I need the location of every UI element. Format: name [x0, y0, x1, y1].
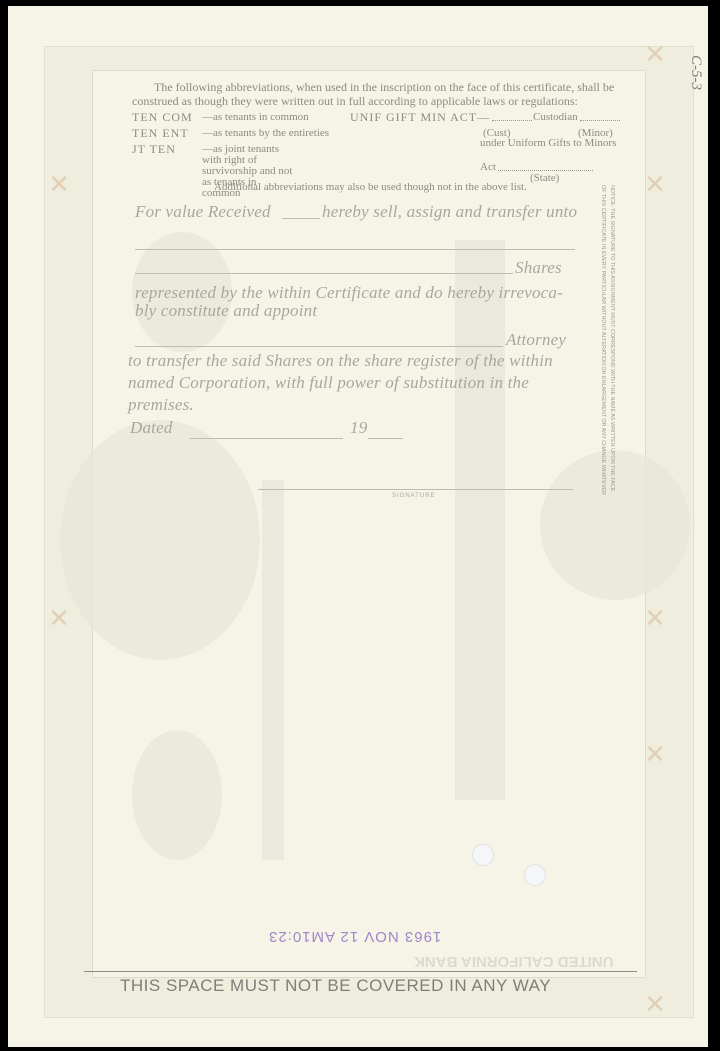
dated-label: Dated	[130, 418, 173, 438]
custodian-label: Custodian	[533, 112, 578, 123]
constitute-appoint: bly constitute and appoint	[135, 301, 317, 321]
for-value-received: For value Received	[135, 202, 271, 222]
bank-name-bleedthrough: UNITED CALIFORNIA BANK	[414, 953, 613, 970]
star-ornament-icon: ✕	[640, 170, 670, 200]
assignee-line	[135, 249, 575, 250]
transfer-shares: to transfer the said Shares on the share…	[128, 351, 553, 371]
abbr-desc-ten-ent: —as tenants by the entireties	[202, 128, 329, 139]
represented-by: represented by the within Certificate an…	[135, 283, 563, 303]
footer-warning: THIS SPACE MUST NOT BE COVERED IN ANY WA…	[120, 976, 551, 996]
shares-line	[135, 273, 513, 274]
attorney-label: Attorney	[506, 330, 566, 350]
date-line	[190, 438, 343, 439]
additional-abbreviations-note: Additional abbreviations may also be use…	[214, 182, 527, 193]
ghost-seal-left	[60, 420, 260, 660]
ghost-company-bar	[455, 240, 505, 800]
notice-line-2: OF THIS CERTIFICATE IN EVERY PARTICULAR …	[598, 185, 607, 545]
abbr-code-ten-ent: TEN ENT	[132, 126, 189, 141]
custodian-dotted-field	[492, 120, 532, 121]
star-ornament-icon: ✕	[44, 170, 74, 200]
star-ornament-icon: ✕	[44, 604, 74, 634]
state-caption: (State)	[530, 173, 559, 184]
shares-label: Shares	[515, 258, 562, 278]
assignor-blank	[282, 218, 320, 219]
signature-label: SIGNATURE	[392, 493, 436, 499]
footer-rule	[84, 971, 637, 972]
uniform-gifts-caption: under Uniform Gifts to Minors	[480, 138, 616, 149]
attorney-line	[135, 346, 503, 347]
notice-line-1: NOTICE: THE SIGNATURE TO THIS ASSIGNMENT…	[607, 185, 616, 545]
abbr-code-ten-com: TEN COM	[132, 110, 193, 125]
act-dotted-field	[498, 170, 593, 171]
cancellation-punch-hole	[472, 844, 494, 866]
cancellation-punch-hole	[524, 864, 546, 886]
premises: premises.	[128, 395, 194, 415]
abbreviations-intro: The following abbreviations, when used i…	[132, 80, 618, 108]
star-ornament-icon: ✕	[640, 40, 670, 70]
abbreviations-section: The following abbreviations, when used i…	[120, 80, 620, 190]
abbr-code-jt-ten: JT TEN	[132, 142, 176, 157]
signature-notice: NOTICE: THE SIGNATURE TO THIS ASSIGNMENT…	[592, 186, 622, 546]
star-ornament-icon: ✕	[640, 990, 670, 1020]
sell-assign-transfer: hereby sell, assign and transfer unto	[322, 202, 577, 222]
ghost-title-bar	[262, 480, 284, 860]
year-prefix: 19	[350, 418, 367, 438]
date-time-stamp: 1963 NOV 12 AM10:23	[268, 928, 441, 945]
star-ornament-icon: ✕	[640, 740, 670, 770]
year-line	[368, 438, 403, 439]
pencil-annotation: C-5-3	[687, 55, 704, 90]
signature-line	[258, 489, 573, 490]
minor-dotted-field	[580, 120, 620, 121]
unif-gift-label: UNIF GIFT MIN ACT—	[350, 110, 490, 125]
named-corporation: named Corporation, with full power of su…	[128, 373, 529, 393]
star-ornament-icon: ✕	[640, 604, 670, 634]
act-label: Act	[480, 162, 496, 173]
abbr-desc-ten-com: —as tenants in common	[202, 112, 309, 123]
ghost-vignette-bottom	[132, 730, 222, 860]
